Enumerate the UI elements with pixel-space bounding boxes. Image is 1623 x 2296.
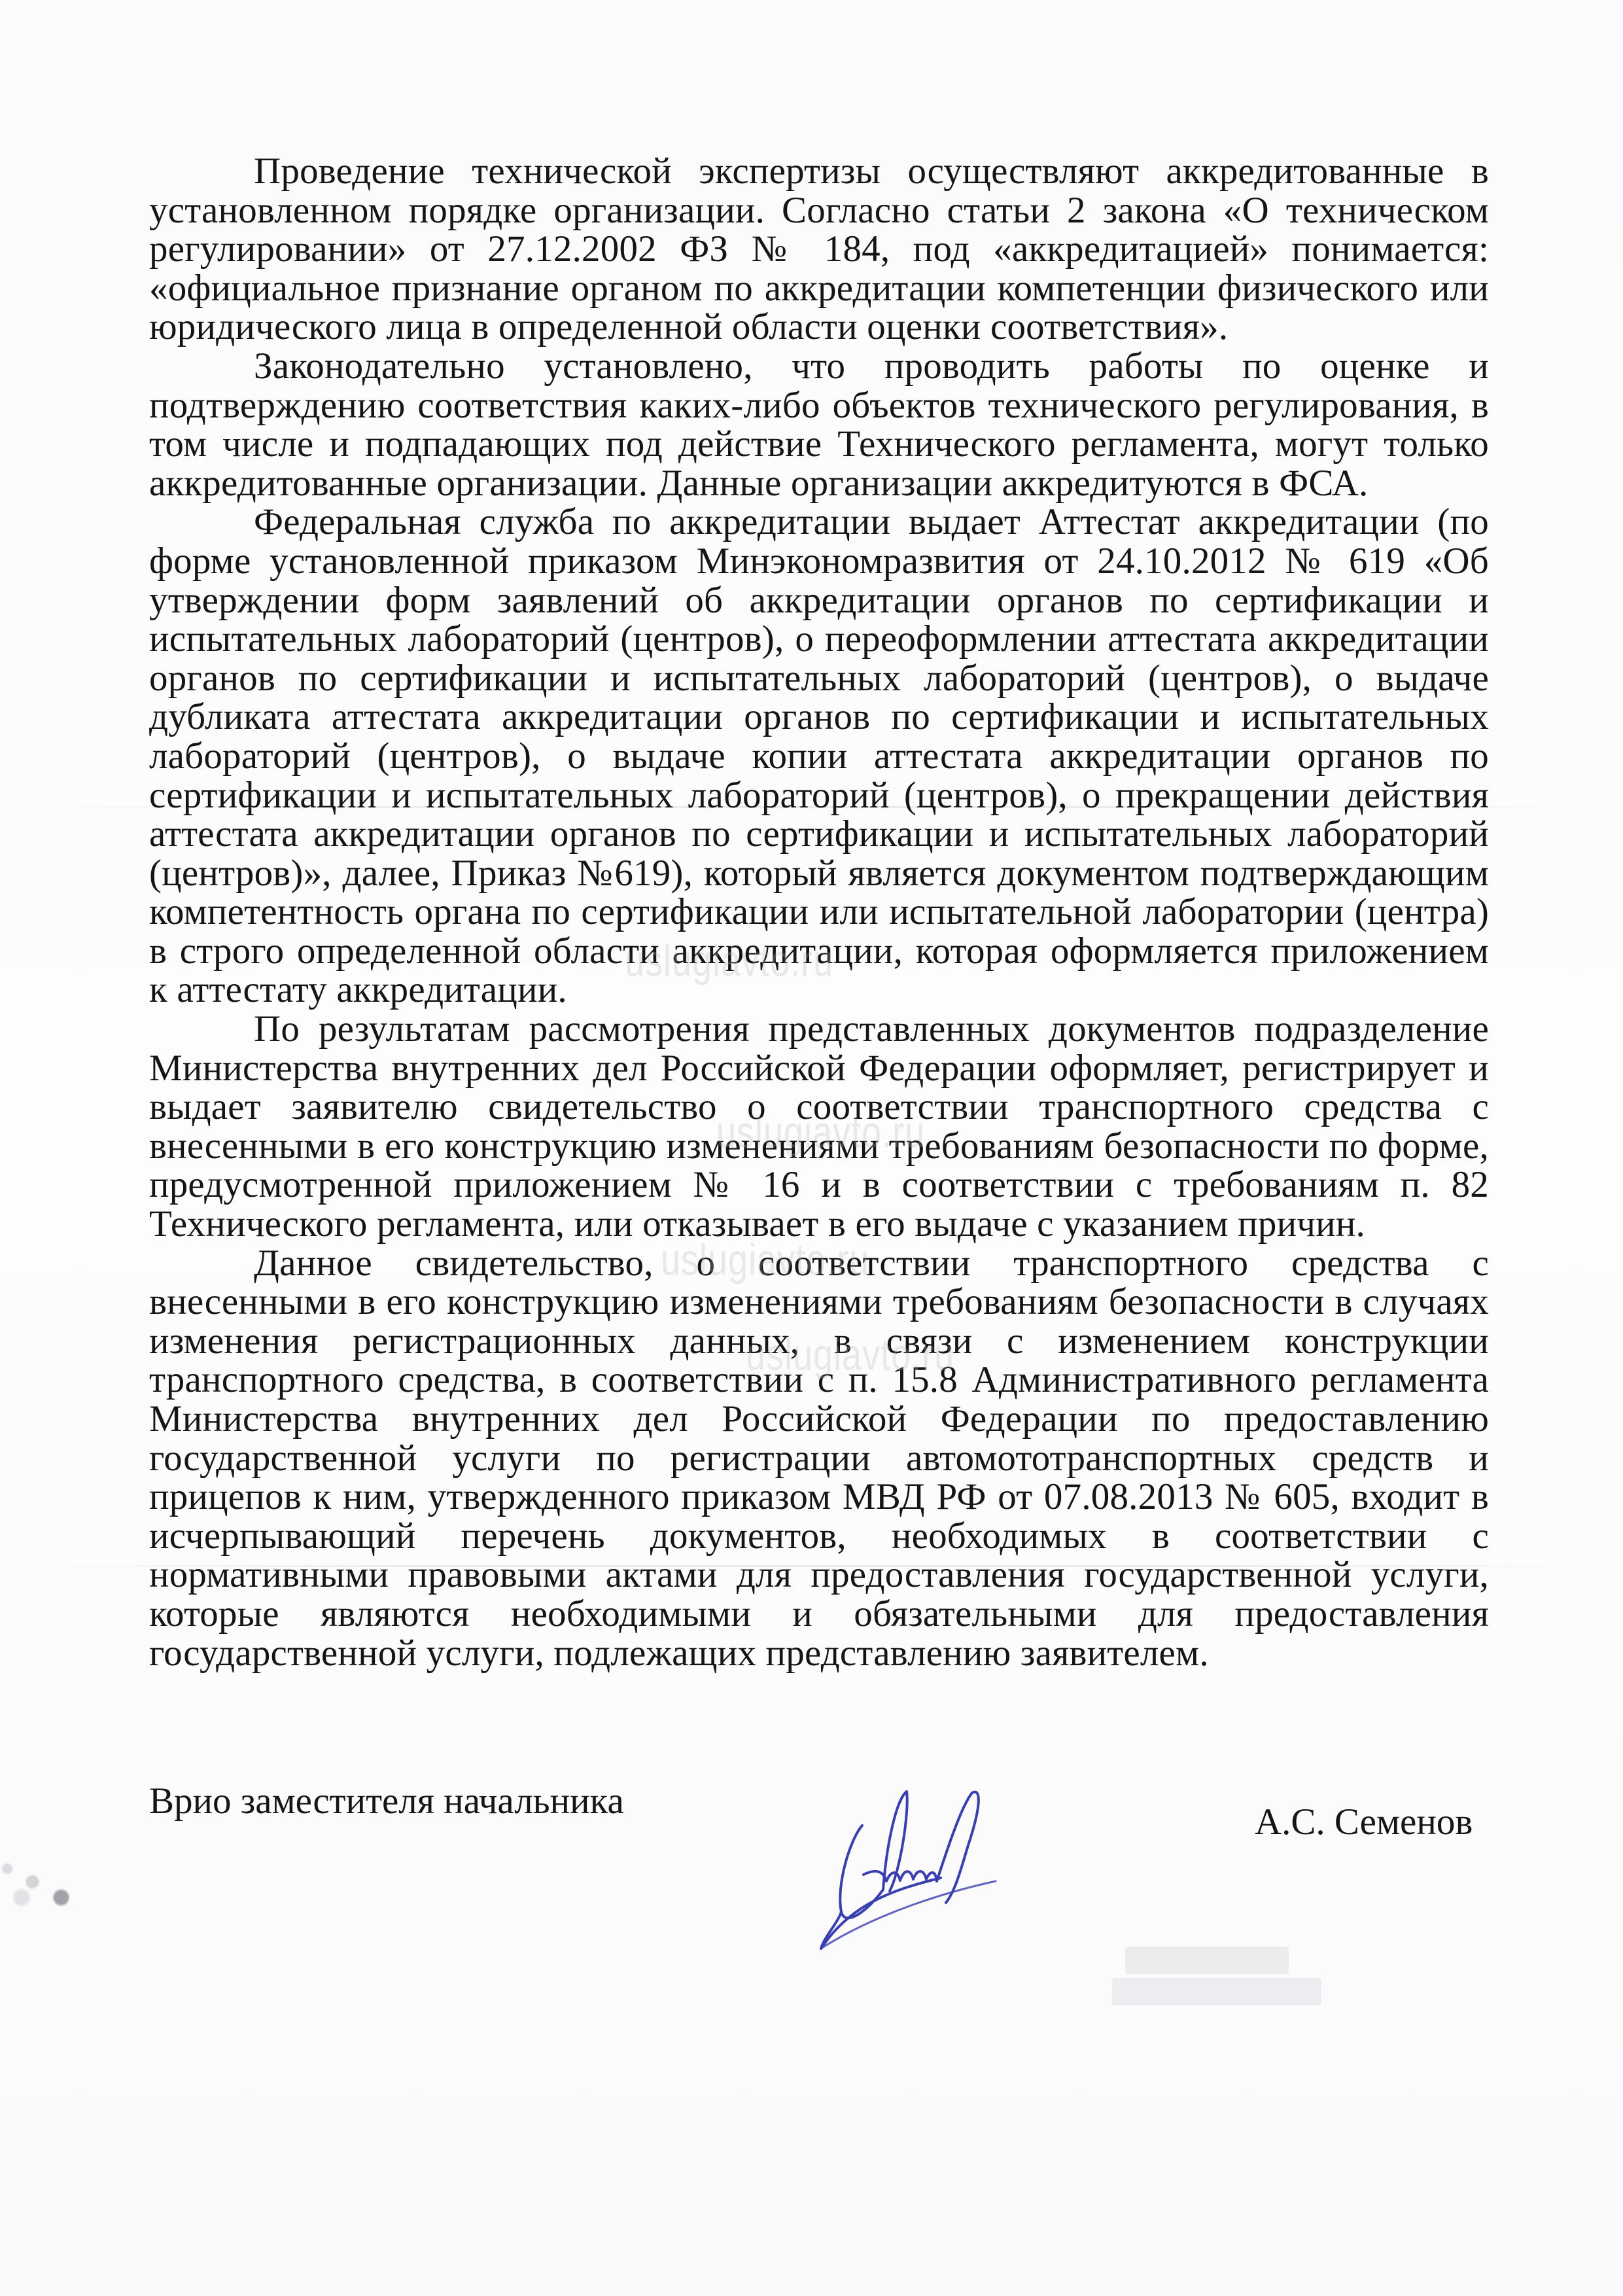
watermark-text: uslugiavto.ru	[661, 1235, 869, 1286]
watermark-text: uslugiavto.ru	[716, 1107, 925, 1158]
paragraph-legislative-requirement: Законодательно установлено, что проводит…	[149, 347, 1489, 503]
stamp-line	[1112, 1978, 1321, 2005]
watermark-text: uslugiavto.ru	[625, 936, 833, 987]
paragraph-certificate-required-documents: Данное свидетельство, о соответствии тра…	[149, 1244, 1489, 1673]
signer-position-title: Врио заместителя начальника	[149, 1780, 624, 1822]
paragraph-accreditation-definition: Проведение технической экспертизы осущес…	[149, 152, 1489, 347]
scanned-letter-page: Проведение технической экспертизы осущес…	[0, 0, 1623, 2296]
stamp-line	[1125, 1947, 1289, 1974]
watermark-text: uslugiavto.ru	[746, 1330, 954, 1381]
letter-body: Проведение технической экспертизы осущес…	[149, 152, 1489, 1672]
scan-smudge	[0, 1858, 72, 1911]
signer-name: А.С. Семенов	[1255, 1801, 1473, 1843]
paragraph-fsa-certificate: Федеральная служба по аккредитации выдае…	[149, 503, 1489, 1010]
faded-executor-stamp	[1112, 1947, 1335, 2005]
handwritten-signature	[752, 1740, 1158, 1950]
